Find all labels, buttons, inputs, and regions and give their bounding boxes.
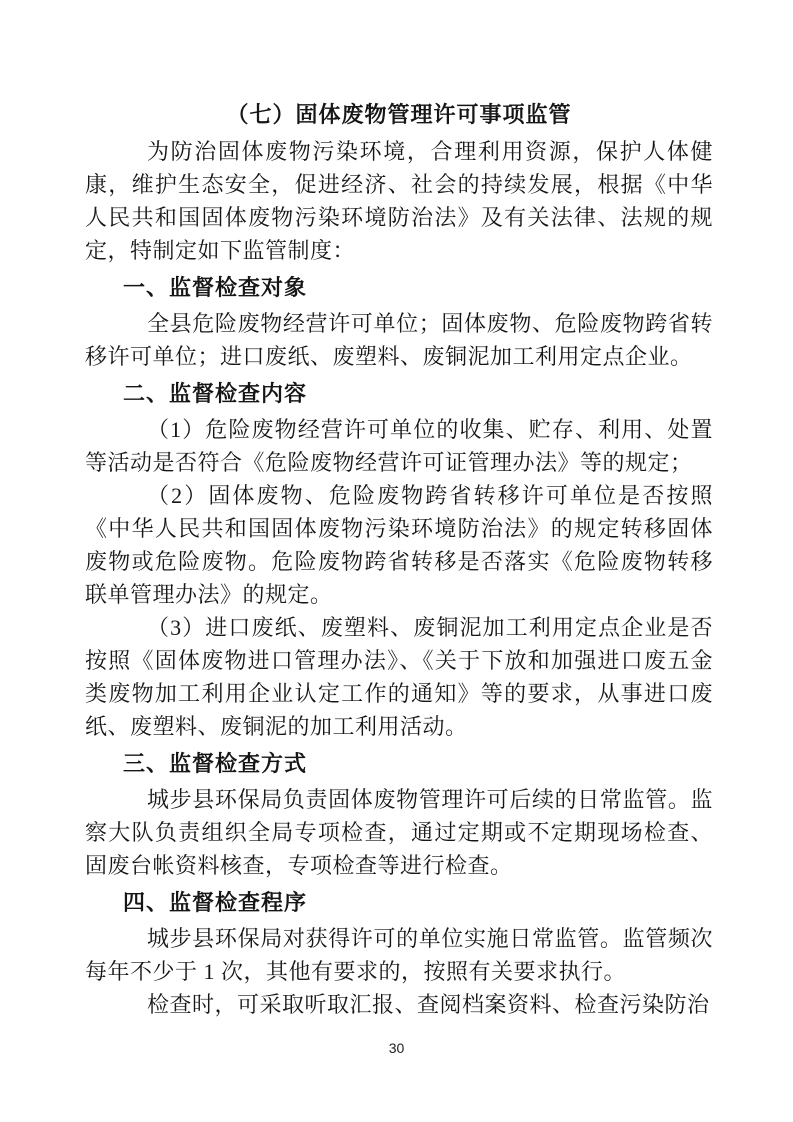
section-paragraph: 城步县环保局对获得许可的单位实施日常监管。监管频次每年不少于 1 次，其他有要求… bbox=[85, 922, 713, 988]
section-paragraph: （2）固体废物、危险废物跨省转移许可单位是否按照《中华人民共和国固体废物污染环境… bbox=[85, 479, 713, 611]
page-title: （七）固体废物管理许可事项监管 bbox=[85, 98, 713, 132]
section-paragraph: 城步县环保局负责固体废物管理许可后续的日常监管。监察大队负责组织全局专项检查，通… bbox=[85, 783, 713, 882]
section-heading-inspection-method: 三、监督检查方式 bbox=[123, 747, 713, 780]
section-paragraph: 全县危险废物经营许可单位；固体废物、危险废物跨省转移许可单位；进口废纸、废塑料、… bbox=[85, 307, 713, 373]
document-page: （七）固体废物管理许可事项监管 为防治固体废物污染环境，合理利用资源，保护人体健… bbox=[0, 0, 793, 1122]
document-content: （七）固体废物管理许可事项监管 为防治固体废物污染环境，合理利用资源，保护人体健… bbox=[85, 98, 713, 1021]
section-paragraph: （1）危险废物经营许可单位的收集、贮存、利用、处置等活动是否符合《危险废物经营许… bbox=[85, 413, 713, 479]
section-paragraph: （3）进口废纸、废塑料、废铜泥加工利用定点企业是否按照《固体废物进口管理办法》、… bbox=[85, 611, 713, 743]
section-heading-inspection-targets: 一、监督检查对象 bbox=[123, 271, 713, 304]
page-number: 30 bbox=[0, 1040, 793, 1056]
section-heading-inspection-procedure: 四、监督检查程序 bbox=[123, 886, 713, 919]
section-heading-inspection-content: 二、监督检查内容 bbox=[123, 377, 713, 410]
intro-paragraph: 为防治固体废物污染环境，合理利用资源，保护人体健康，维护生态安全，促进经济、社会… bbox=[85, 135, 713, 267]
section-paragraph-truncated: 检查时，可采取听取汇报、查阅档案资料、检查污染防治 bbox=[85, 988, 713, 1021]
